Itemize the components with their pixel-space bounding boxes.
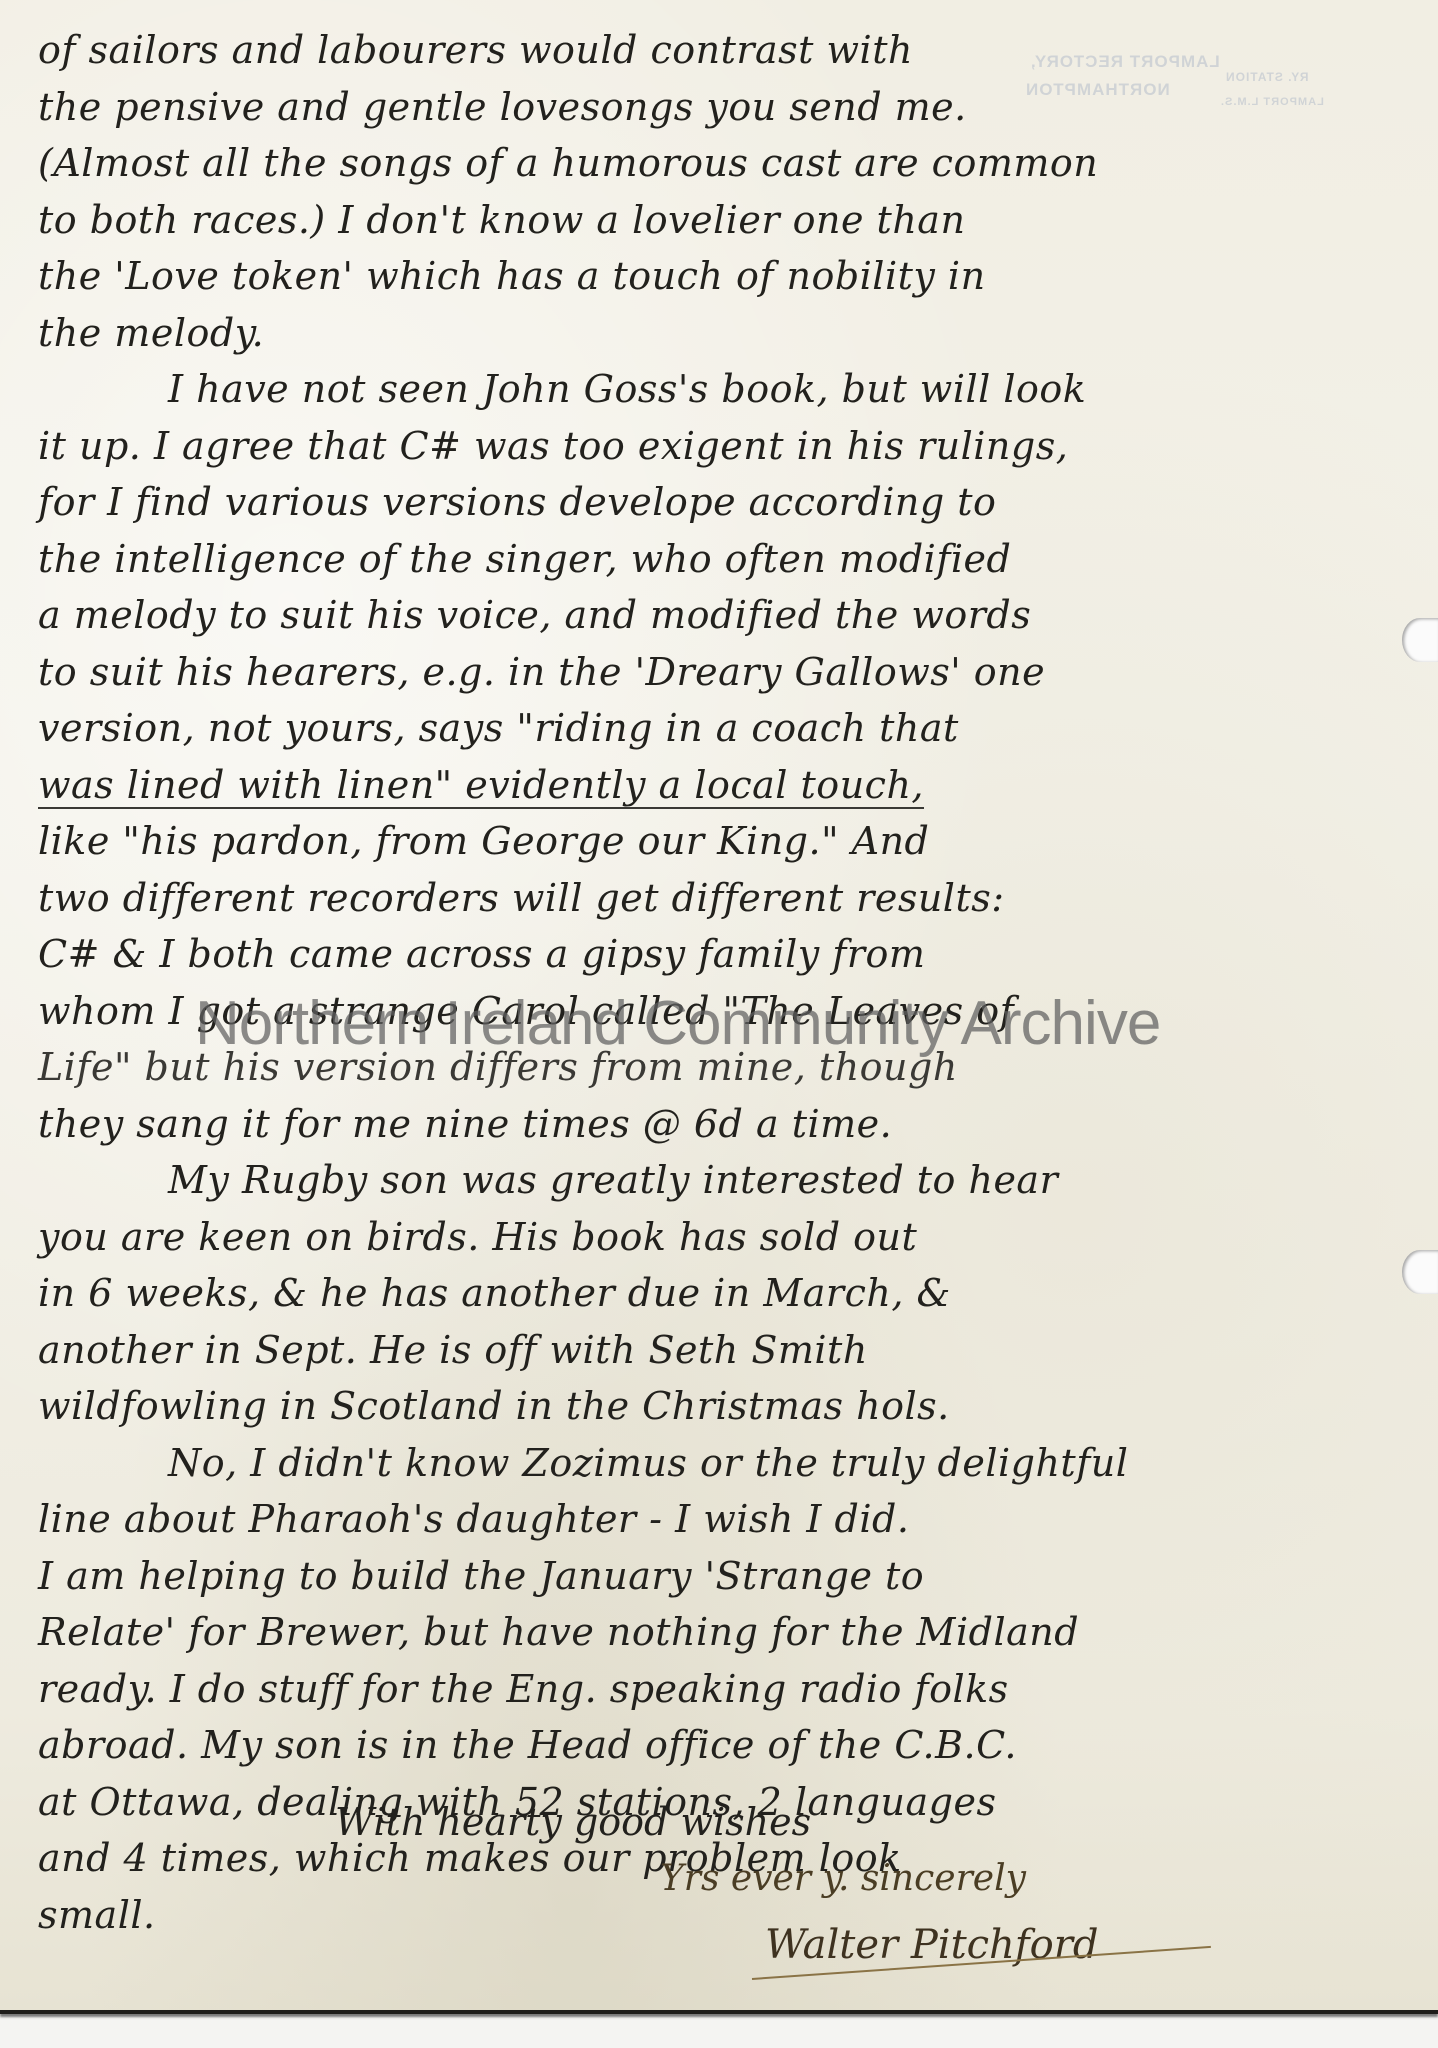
letter-line: whom I got a strange Carol called "The L…: [38, 983, 1408, 1040]
letter-line: a melody to suit his voice, and modified…: [38, 587, 1408, 644]
letter-line: the intelligence of the singer, who ofte…: [38, 531, 1408, 588]
letter-line-underlined: was lined with linen" evidently a local …: [38, 757, 1408, 814]
closing-line: With hearty good wishes: [335, 1800, 811, 1844]
paragraph-start-line: My Rugby son was greatly interested to h…: [38, 1152, 1408, 1209]
letter-line: I am helping to build the January 'Stran…: [38, 1548, 1408, 1605]
letter-line: the pensive and gentle lovesongs you sen…: [38, 79, 1408, 136]
letter-line: abroad. My son is in the Head office of …: [38, 1717, 1408, 1774]
letter-line: version, not yours, says "riding in a co…: [38, 700, 1408, 757]
letter-line: to both races.) I don't know a lovelier …: [38, 192, 1408, 249]
letter-page: LAMPORT RECTORY, NORTHAMPTON RY. STATION…: [0, 0, 1438, 2014]
letter-line: Relate' for Brewer, but have nothing for…: [38, 1604, 1408, 1661]
letter-line: they sang it for me nine times @ 6d a ti…: [38, 1096, 1408, 1153]
letter-line: of sailors and labourers would contrast …: [38, 22, 1408, 79]
letter-line: in 6 weeks, & he has another due in Marc…: [38, 1265, 1408, 1322]
letter-line: you are keen on birds. His book has sold…: [38, 1209, 1408, 1266]
letter-line: another in Sept. He is off with Seth Smi…: [38, 1322, 1408, 1379]
letter-line: line about Pharaoh's daughter - I wish I…: [38, 1491, 1408, 1548]
letter-line: (Almost all the songs of a humorous cast…: [38, 135, 1408, 192]
letter-line: for I find various versions develope acc…: [38, 474, 1408, 531]
letter-line: it up. I agree that C# was too exigent i…: [38, 418, 1408, 475]
letter-line: C# & I both came across a gipsy family f…: [38, 926, 1408, 983]
letter-line: like "his pardon, from George our King."…: [38, 813, 1408, 870]
letter-line: ready. I do stuff for the Eng. speaking …: [38, 1661, 1408, 1718]
letter-line: Life" but his version differs from mine,…: [38, 1039, 1408, 1096]
underlined-quote: was lined with linen" evidently a local …: [38, 763, 924, 809]
letter-line: two different recorders will get differe…: [38, 870, 1408, 927]
letter-line: to suit his hearers, e.g. in the 'Dreary…: [38, 644, 1408, 701]
valediction: Yrs ever y. sincerely: [660, 1858, 1026, 1899]
paragraph-start-line: No, I didn't know Zozimus or the truly d…: [38, 1435, 1408, 1492]
letter-body: of sailors and labourers would contrast …: [38, 22, 1408, 1943]
letter-line: the melody.: [38, 305, 1408, 362]
letter-line: the 'Love token' which has a touch of no…: [38, 248, 1408, 305]
signature: Walter Pitchford: [765, 1922, 1098, 1968]
letter-line: wildfowling in Scotland in the Christmas…: [38, 1378, 1408, 1435]
paragraph-start-line: I have not seen John Goss's book, but wi…: [38, 361, 1408, 418]
